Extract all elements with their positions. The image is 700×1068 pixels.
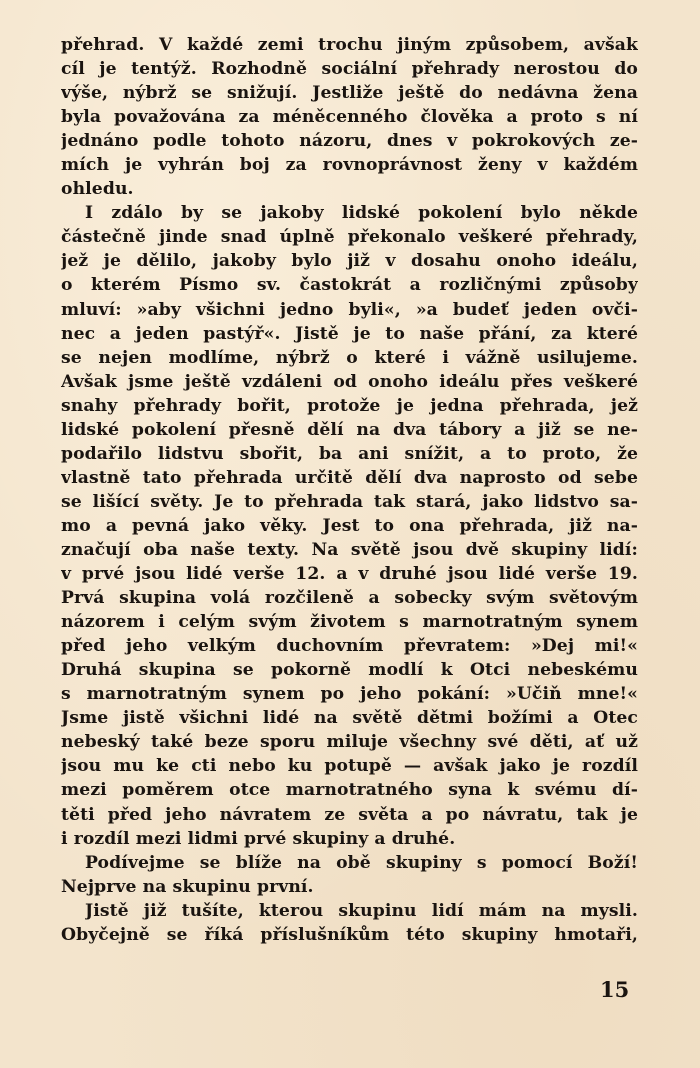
text-line: lidské pokolení přesně dělí na dva tábor… [61, 418, 638, 442]
line-text: názorem i celým svým životem s marnotrat… [61, 610, 638, 634]
text-line: jež je dělilo, jakoby bylo již v dosahu … [61, 249, 638, 273]
text-line: byla považována za méněcenného člověka a… [61, 105, 638, 129]
book-page: přehrad. V každé zemi trochu jiným způso… [0, 0, 700, 1068]
text-line: Nejprve na skupinu první. [61, 875, 638, 899]
line-text: o kterém Písmo sv. častokrát a rozličným… [61, 273, 638, 297]
text-line: názorem i celým svým životem s marnotrat… [61, 610, 638, 634]
line-text: lidské pokolení přesně dělí na dva tábor… [61, 418, 638, 442]
line-text: byla považována za méněcenného člověka a… [61, 105, 638, 129]
line-text: nec a jeden pastýř«. Jistě je to naše př… [61, 322, 638, 346]
text-line: ohledu. [61, 177, 638, 201]
text-line: i rozdíl mezi lidmi prvé skupiny a druhé… [61, 827, 638, 851]
line-text: I zdálo by se jakoby lidské pokolení byl… [85, 201, 638, 225]
line-text: podařilo lidstvu sbořit, ba ani snížit, … [61, 442, 638, 466]
text-line: podařilo lidstvu sbořit, ba ani snížit, … [61, 442, 638, 466]
text-line: mluví: »aby všichni jedno byli«, »a bude… [61, 298, 638, 322]
line-text: mo a pevná jako věky. Jest to ona přehra… [61, 514, 638, 538]
text-line: o kterém Písmo sv. častokrát a rozličným… [61, 273, 638, 297]
line-text: Jsme jistě všichni lidé na světě dětmi b… [61, 706, 638, 730]
line-text: se lišící světy. Je to přehrada tak star… [61, 490, 638, 514]
text-line: jednáno podle tohoto názoru, dnes v pokr… [61, 129, 638, 153]
text-line: cíl je tentýž. Rozhodně sociální přehrad… [61, 57, 638, 81]
line-text: mezi poměrem otce marnotratného syna k s… [61, 778, 638, 802]
paragraph-first-line: I zdálo by se jakoby lidské pokolení byl… [61, 201, 638, 225]
line-text: vlastně tato přehrada určitě dělí dva na… [61, 466, 638, 490]
text-line: nebeský také beze sporu miluje všechny s… [61, 730, 638, 754]
text-line: s marnotratným synem po jeho pokání: »Uč… [61, 682, 638, 706]
text-line: snahy přehrady bořit, protože je jedna p… [61, 394, 638, 418]
line-text: mluví: »aby všichni jedno byli«, »a bude… [61, 298, 638, 322]
paragraph-first-line: Podívejme se blíže na obě skupiny s pomo… [61, 851, 638, 875]
text-line: před jeho velkým duchovním převratem: »D… [61, 634, 638, 658]
text-line: Obyčejně se říká příslušníkům této skupi… [61, 923, 638, 947]
line-text: mích je vyhrán boj za rovnoprávnost ženy… [61, 153, 638, 177]
text-line: Prvá skupina volá rozčileně a sobecky sv… [61, 586, 638, 610]
line-text: Druhá skupina se pokorně modlí k Otci ne… [61, 658, 638, 682]
text-line: přehrad. V každé zemi trochu jiným způso… [61, 33, 638, 57]
line-text: výše, nýbrž se snižují. Jestliže ještě d… [61, 81, 638, 105]
line-text: se nejen modlíme, nýbrž o které i vážně … [61, 346, 638, 370]
text-line: mích je vyhrán boj za rovnoprávnost ženy… [61, 153, 638, 177]
line-text: přehrad. V každé zemi trochu jiným způso… [61, 33, 638, 57]
text-line: Avšak jsme ještě vzdáleni od onoho ideál… [61, 370, 638, 394]
line-text: Nejprve na skupinu první. [61, 875, 638, 899]
body-text: přehrad. V každé zemi trochu jiným způso… [61, 33, 638, 947]
line-text: i rozdíl mezi lidmi prvé skupiny a druhé… [61, 827, 638, 851]
line-text: ohledu. [61, 177, 638, 201]
text-line: výše, nýbrž se snižují. Jestliže ještě d… [61, 81, 638, 105]
text-line: jsou mu ke cti nebo ku potupě — avšak ja… [61, 754, 638, 778]
line-text: v prvé jsou lidé verše 12. a v druhé jso… [61, 562, 638, 586]
line-text: s marnotratným synem po jeho pokání: »Uč… [61, 682, 638, 706]
line-text: nebeský také beze sporu miluje všechny s… [61, 730, 638, 754]
text-line: vlastně tato přehrada určitě dělí dva na… [61, 466, 638, 490]
line-text: Obyčejně se říká příslušníkům této skupi… [61, 923, 638, 947]
text-line: Druhá skupina se pokorně modlí k Otci ne… [61, 658, 638, 682]
line-text: Avšak jsme ještě vzdáleni od onoho ideál… [61, 370, 638, 394]
line-text: částečně jinde snad úplně překonalo vešk… [61, 225, 638, 249]
text-line: v prvé jsou lidé verše 12. a v druhé jso… [61, 562, 638, 586]
paragraph-first-line: Jistě již tušíte, kterou skupinu lidí má… [61, 899, 638, 923]
text-line: se nejen modlíme, nýbrž o které i vážně … [61, 346, 638, 370]
line-text: snahy přehrady bořit, protože je jedna p… [61, 394, 638, 418]
text-line: značují oba naše texty. Na světě jsou dv… [61, 538, 638, 562]
text-line: mo a pevná jako věky. Jest to ona přehra… [61, 514, 638, 538]
line-text: jsou mu ke cti nebo ku potupě — avšak ja… [61, 754, 638, 778]
line-text: Podívejme se blíže na obě skupiny s pomo… [85, 851, 638, 875]
line-text: jednáno podle tohoto názoru, dnes v pokr… [61, 129, 638, 153]
line-text: cíl je tentýž. Rozhodně sociální přehrad… [61, 57, 638, 81]
line-text: Jistě již tušíte, kterou skupinu lidí má… [85, 899, 638, 923]
page-number: 15 [600, 977, 629, 1002]
text-line: nec a jeden pastýř«. Jistě je to naše př… [61, 322, 638, 346]
text-line: se lišící světy. Je to přehrada tak star… [61, 490, 638, 514]
line-text: před jeho velkým duchovním převratem: »D… [61, 634, 638, 658]
line-text: jež je dělilo, jakoby bylo již v dosahu … [61, 249, 638, 273]
line-text: značují oba naše texty. Na světě jsou dv… [61, 538, 638, 562]
text-line: částečně jinde snad úplně překonalo vešk… [61, 225, 638, 249]
text-line: mezi poměrem otce marnotratného syna k s… [61, 778, 638, 802]
text-line: Jsme jistě všichni lidé na světě dětmi b… [61, 706, 638, 730]
line-text: těti před jeho návratem ze světa a po ná… [61, 803, 638, 827]
line-text: Prvá skupina volá rozčileně a sobecky sv… [61, 586, 638, 610]
text-line: těti před jeho návratem ze světa a po ná… [61, 803, 638, 827]
